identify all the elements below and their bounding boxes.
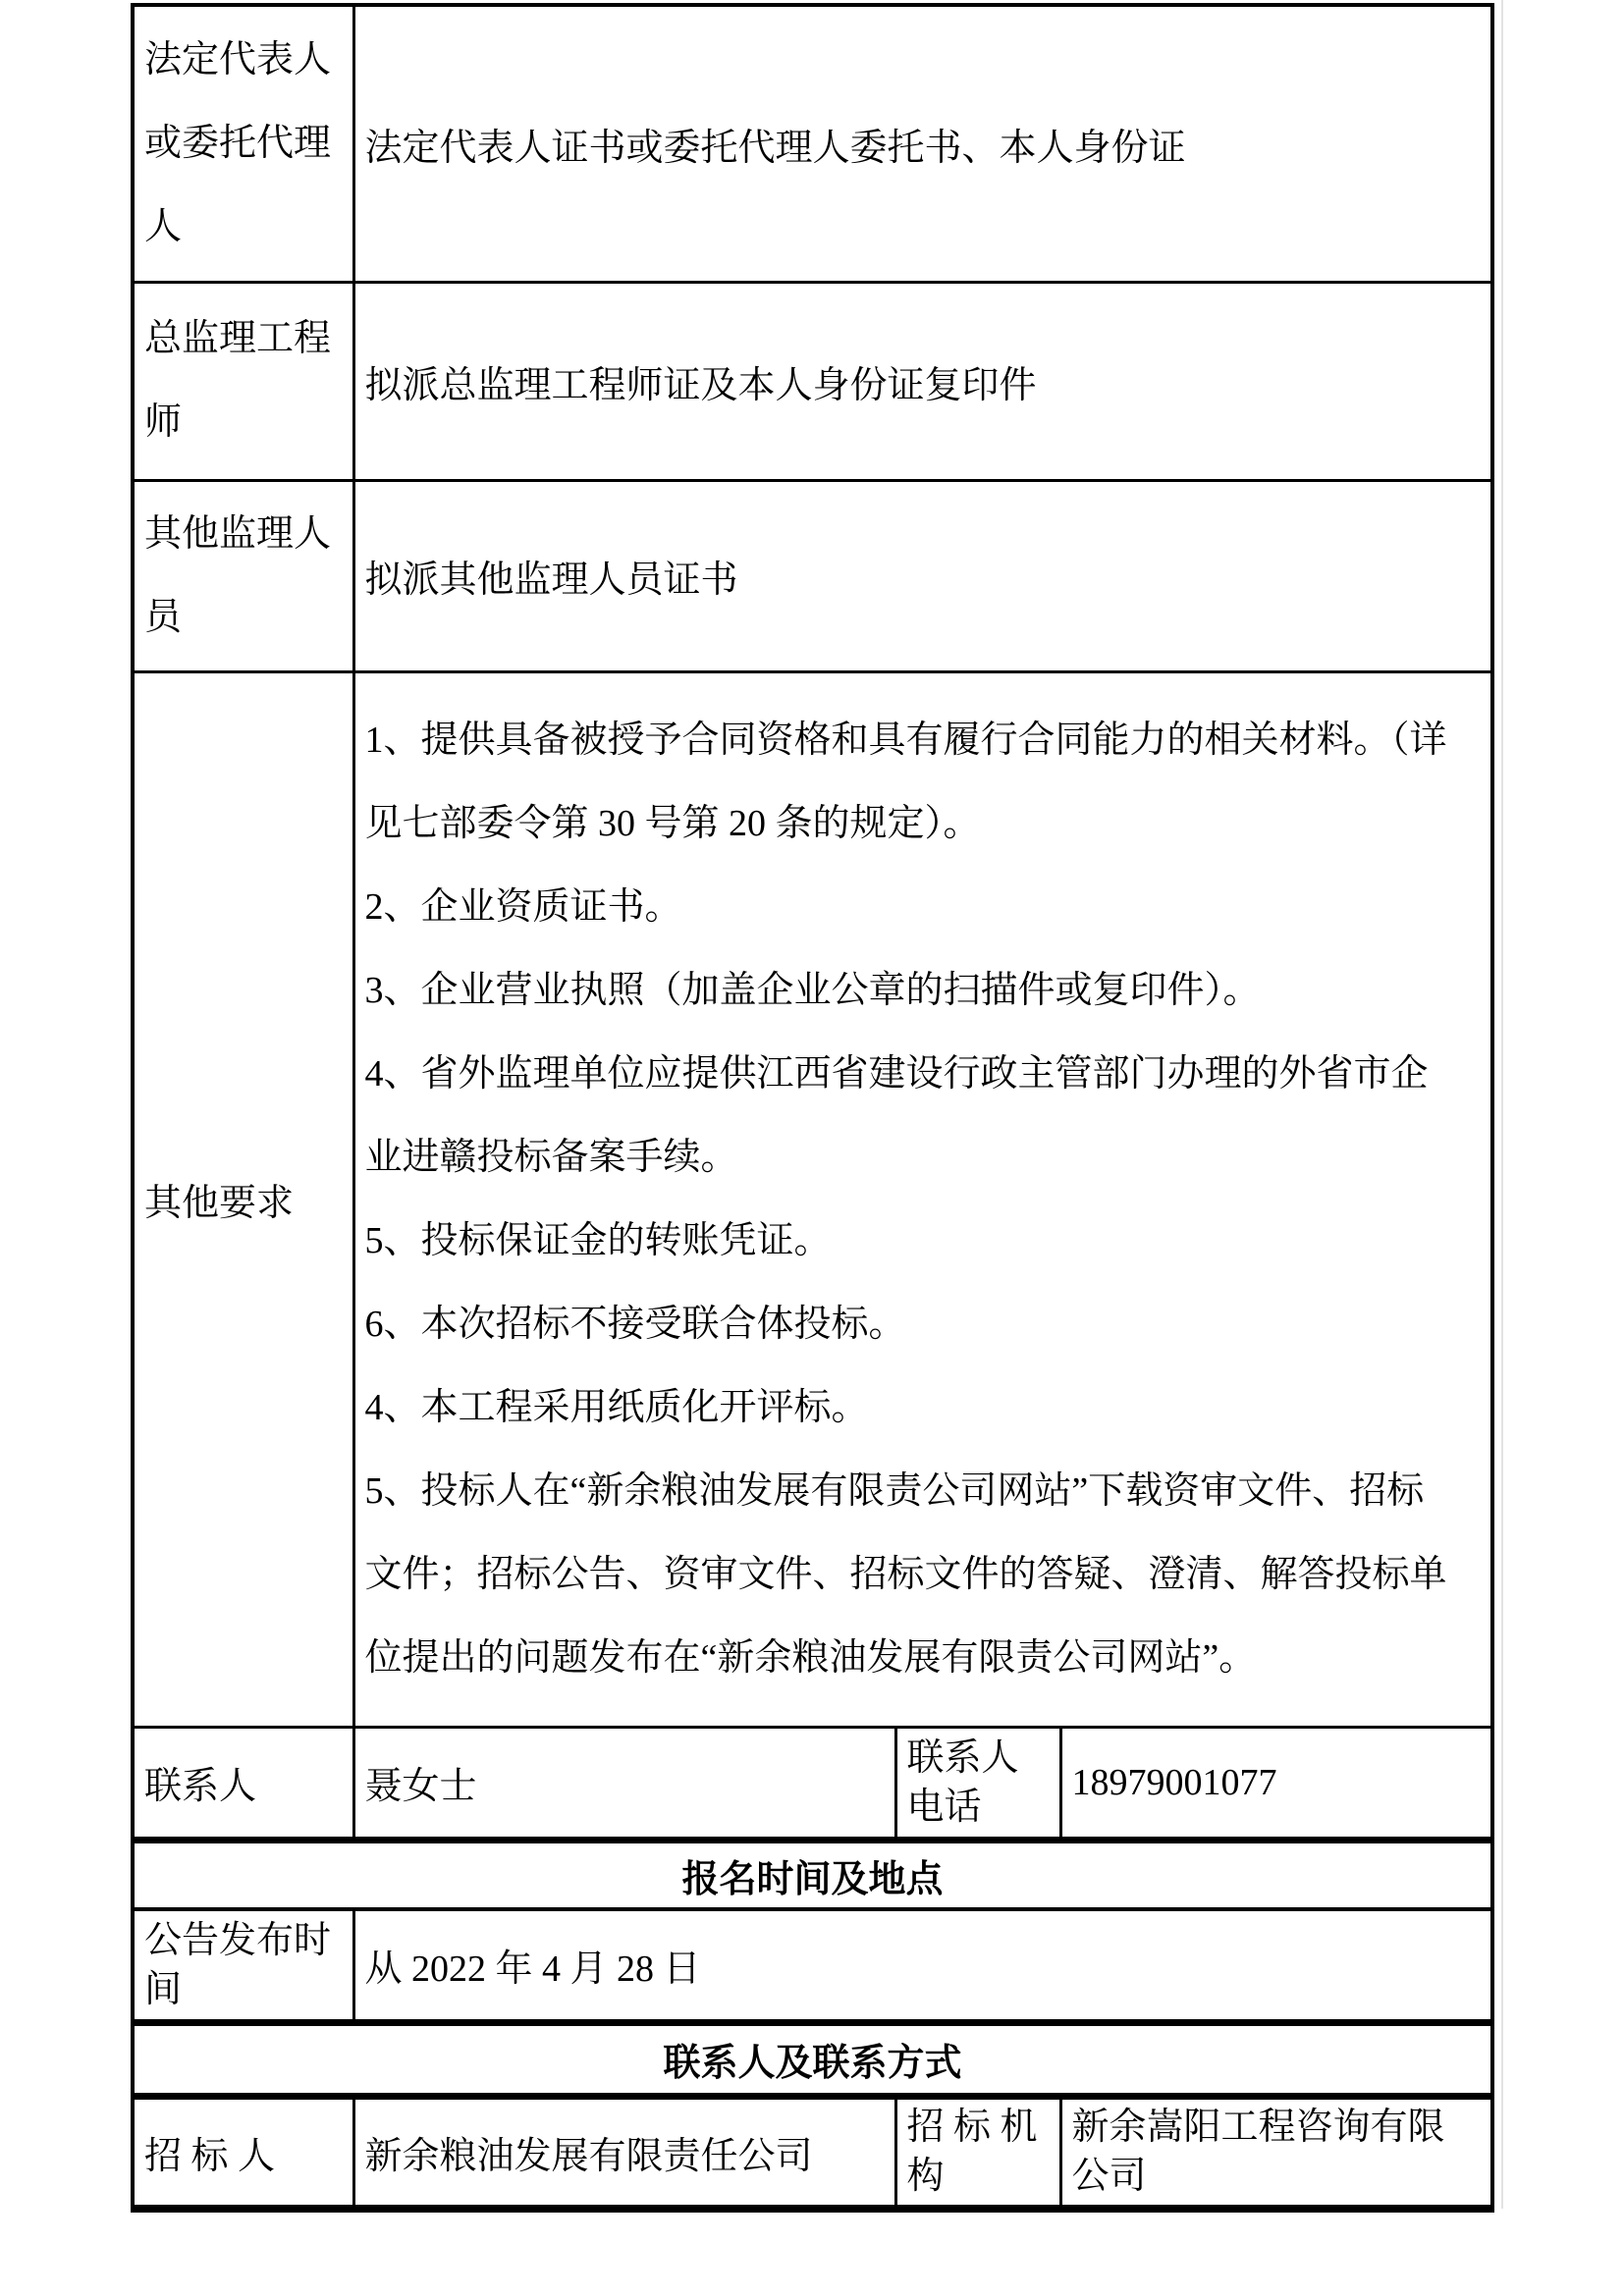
announcement-time-value: 从 2022 年 4 月 28 日 — [353, 1909, 1492, 2022]
other-supervisors-value: 拟派其他监理人员证书 — [353, 480, 1492, 671]
other-requirements-label: 其他要求 — [133, 671, 353, 1727]
contact-person-value: 聂女士 — [353, 1727, 895, 1840]
tenderee-value: 新余粮油发展有限责任公司 — [353, 2096, 895, 2209]
requirement-line: 3、企业营业执照（加盖企业公章的扫描件或复印件）。 — [365, 949, 1482, 1033]
requirement-line: 2、企业资质证书。 — [365, 866, 1482, 949]
requirement-line: 见七部委令第 30 号第 20 条的规定）。 — [365, 782, 1482, 866]
table-row: 报名时间及地点 — [133, 1840, 1492, 1909]
tenderee-label: 招 标 人 — [133, 2096, 353, 2209]
legal-representative-label: 法定代表人 或委托代理 人 — [133, 5, 353, 282]
table-row: 其他要求 1、提供具备被授予合同资格和具有履行合同能力的相关材料。（详 见七部委… — [133, 671, 1492, 1727]
announcement-time-label: 公告发布时 间 — [133, 1909, 353, 2022]
contact-phone-label: 联系人 电话 — [895, 1727, 1060, 1840]
chief-engineer-value: 拟派总监理工程师证及本人身份证复印件 — [353, 282, 1492, 480]
requirement-line: 1、提供具备被授予合同资格和具有履行合同能力的相关材料。（详 — [365, 699, 1482, 782]
section-header-contact: 联系人及联系方式 — [133, 2022, 1492, 2096]
requirement-line: 位提出的问题发布在“新余粮油发展有限责公司网站”。 — [365, 1617, 1482, 1700]
requirement-line: 文件；招标公告、资审文件、招标文件的答疑、澄清、解答投标单 — [365, 1533, 1482, 1617]
requirement-line: 业进赣投标备案手续。 — [365, 1116, 1482, 1200]
tender-agency-label: 招 标 机 构 — [895, 2096, 1060, 2209]
table-row: 联系人及联系方式 — [133, 2022, 1492, 2096]
requirement-line: 6、本次招标不接受联合体投标。 — [365, 1283, 1482, 1366]
tender-agency-value: 新余嵩阳工程咨询有限 公司 — [1060, 2096, 1492, 2209]
document-page: { "page": { "background": "#ffffff", "te… — [0, 0, 1624, 2296]
requirement-line: 5、投标人在“新余粮油发展有限责公司网站”下载资审文件、招标 — [365, 1450, 1482, 1533]
table-row: 其他监理人 员 拟派其他监理人员证书 — [133, 480, 1492, 671]
legal-representative-value: 法定代表人证书或委托代理人委托书、本人身份证 — [353, 5, 1492, 282]
other-supervisors-label: 其他监理人 员 — [133, 480, 353, 671]
table-row: 公告发布时 间 从 2022 年 4 月 28 日 — [133, 1909, 1492, 2022]
contact-phone-value: 18979001077 — [1060, 1727, 1492, 1840]
requirement-line: 4、本工程采用纸质化开评标。 — [365, 1366, 1482, 1450]
section-header-registration: 报名时间及地点 — [133, 1840, 1492, 1909]
table-row: 招 标 人 新余粮油发展有限责任公司 招 标 机 构 新余嵩阳工程咨询有限 公司 — [133, 2096, 1492, 2209]
page-edge-artifact — [1501, 0, 1503, 2209]
table-row: 总监理工程 师 拟派总监理工程师证及本人身份证复印件 — [133, 282, 1492, 480]
contact-person-label: 联系人 — [133, 1727, 353, 1840]
tender-info-table: 法定代表人 或委托代理 人 法定代表人证书或委托代理人委托书、本人身份证 总监理… — [131, 3, 1494, 2213]
requirement-line: 4、省外监理单位应提供江西省建设行政主管部门办理的外省市企 — [365, 1033, 1482, 1116]
table-row: 联系人 聂女士 联系人 电话 18979001077 — [133, 1727, 1492, 1840]
table-row: 法定代表人 或委托代理 人 法定代表人证书或委托代理人委托书、本人身份证 — [133, 5, 1492, 282]
chief-engineer-label: 总监理工程 师 — [133, 282, 353, 480]
requirement-line: 5、投标保证金的转账凭证。 — [365, 1200, 1482, 1283]
other-requirements-list: 1、提供具备被授予合同资格和具有履行合同能力的相关材料。（详 见七部委令第 30… — [353, 671, 1492, 1727]
